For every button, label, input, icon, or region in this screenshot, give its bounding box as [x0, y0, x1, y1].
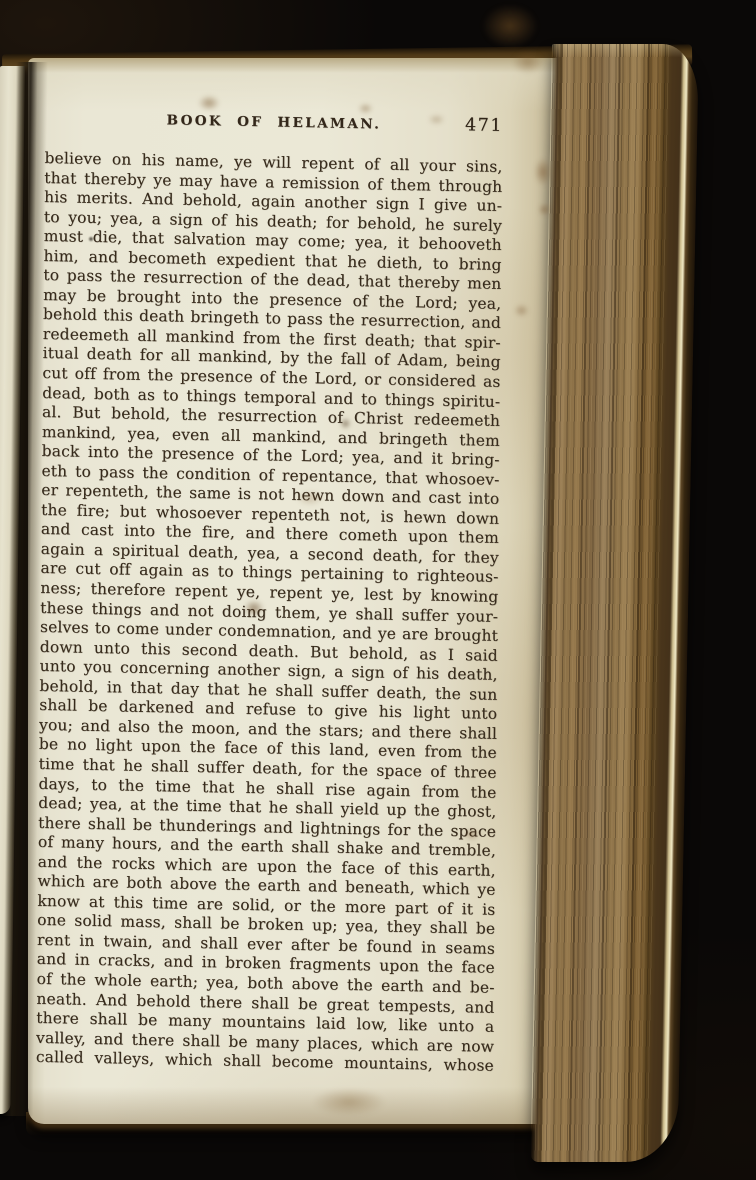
page-content: BOOK OF HELAMAN. 471 believe on his name… — [36, 110, 503, 1076]
foxing-stain — [482, 4, 538, 48]
body-text: believe on his name, ye will repent of a… — [36, 149, 503, 1076]
book-photograph: BOOK OF HELAMAN. 471 believe on his name… — [0, 0, 756, 1180]
page-number: 471 — [465, 115, 503, 136]
book-fore-edge-pages — [531, 44, 699, 1162]
